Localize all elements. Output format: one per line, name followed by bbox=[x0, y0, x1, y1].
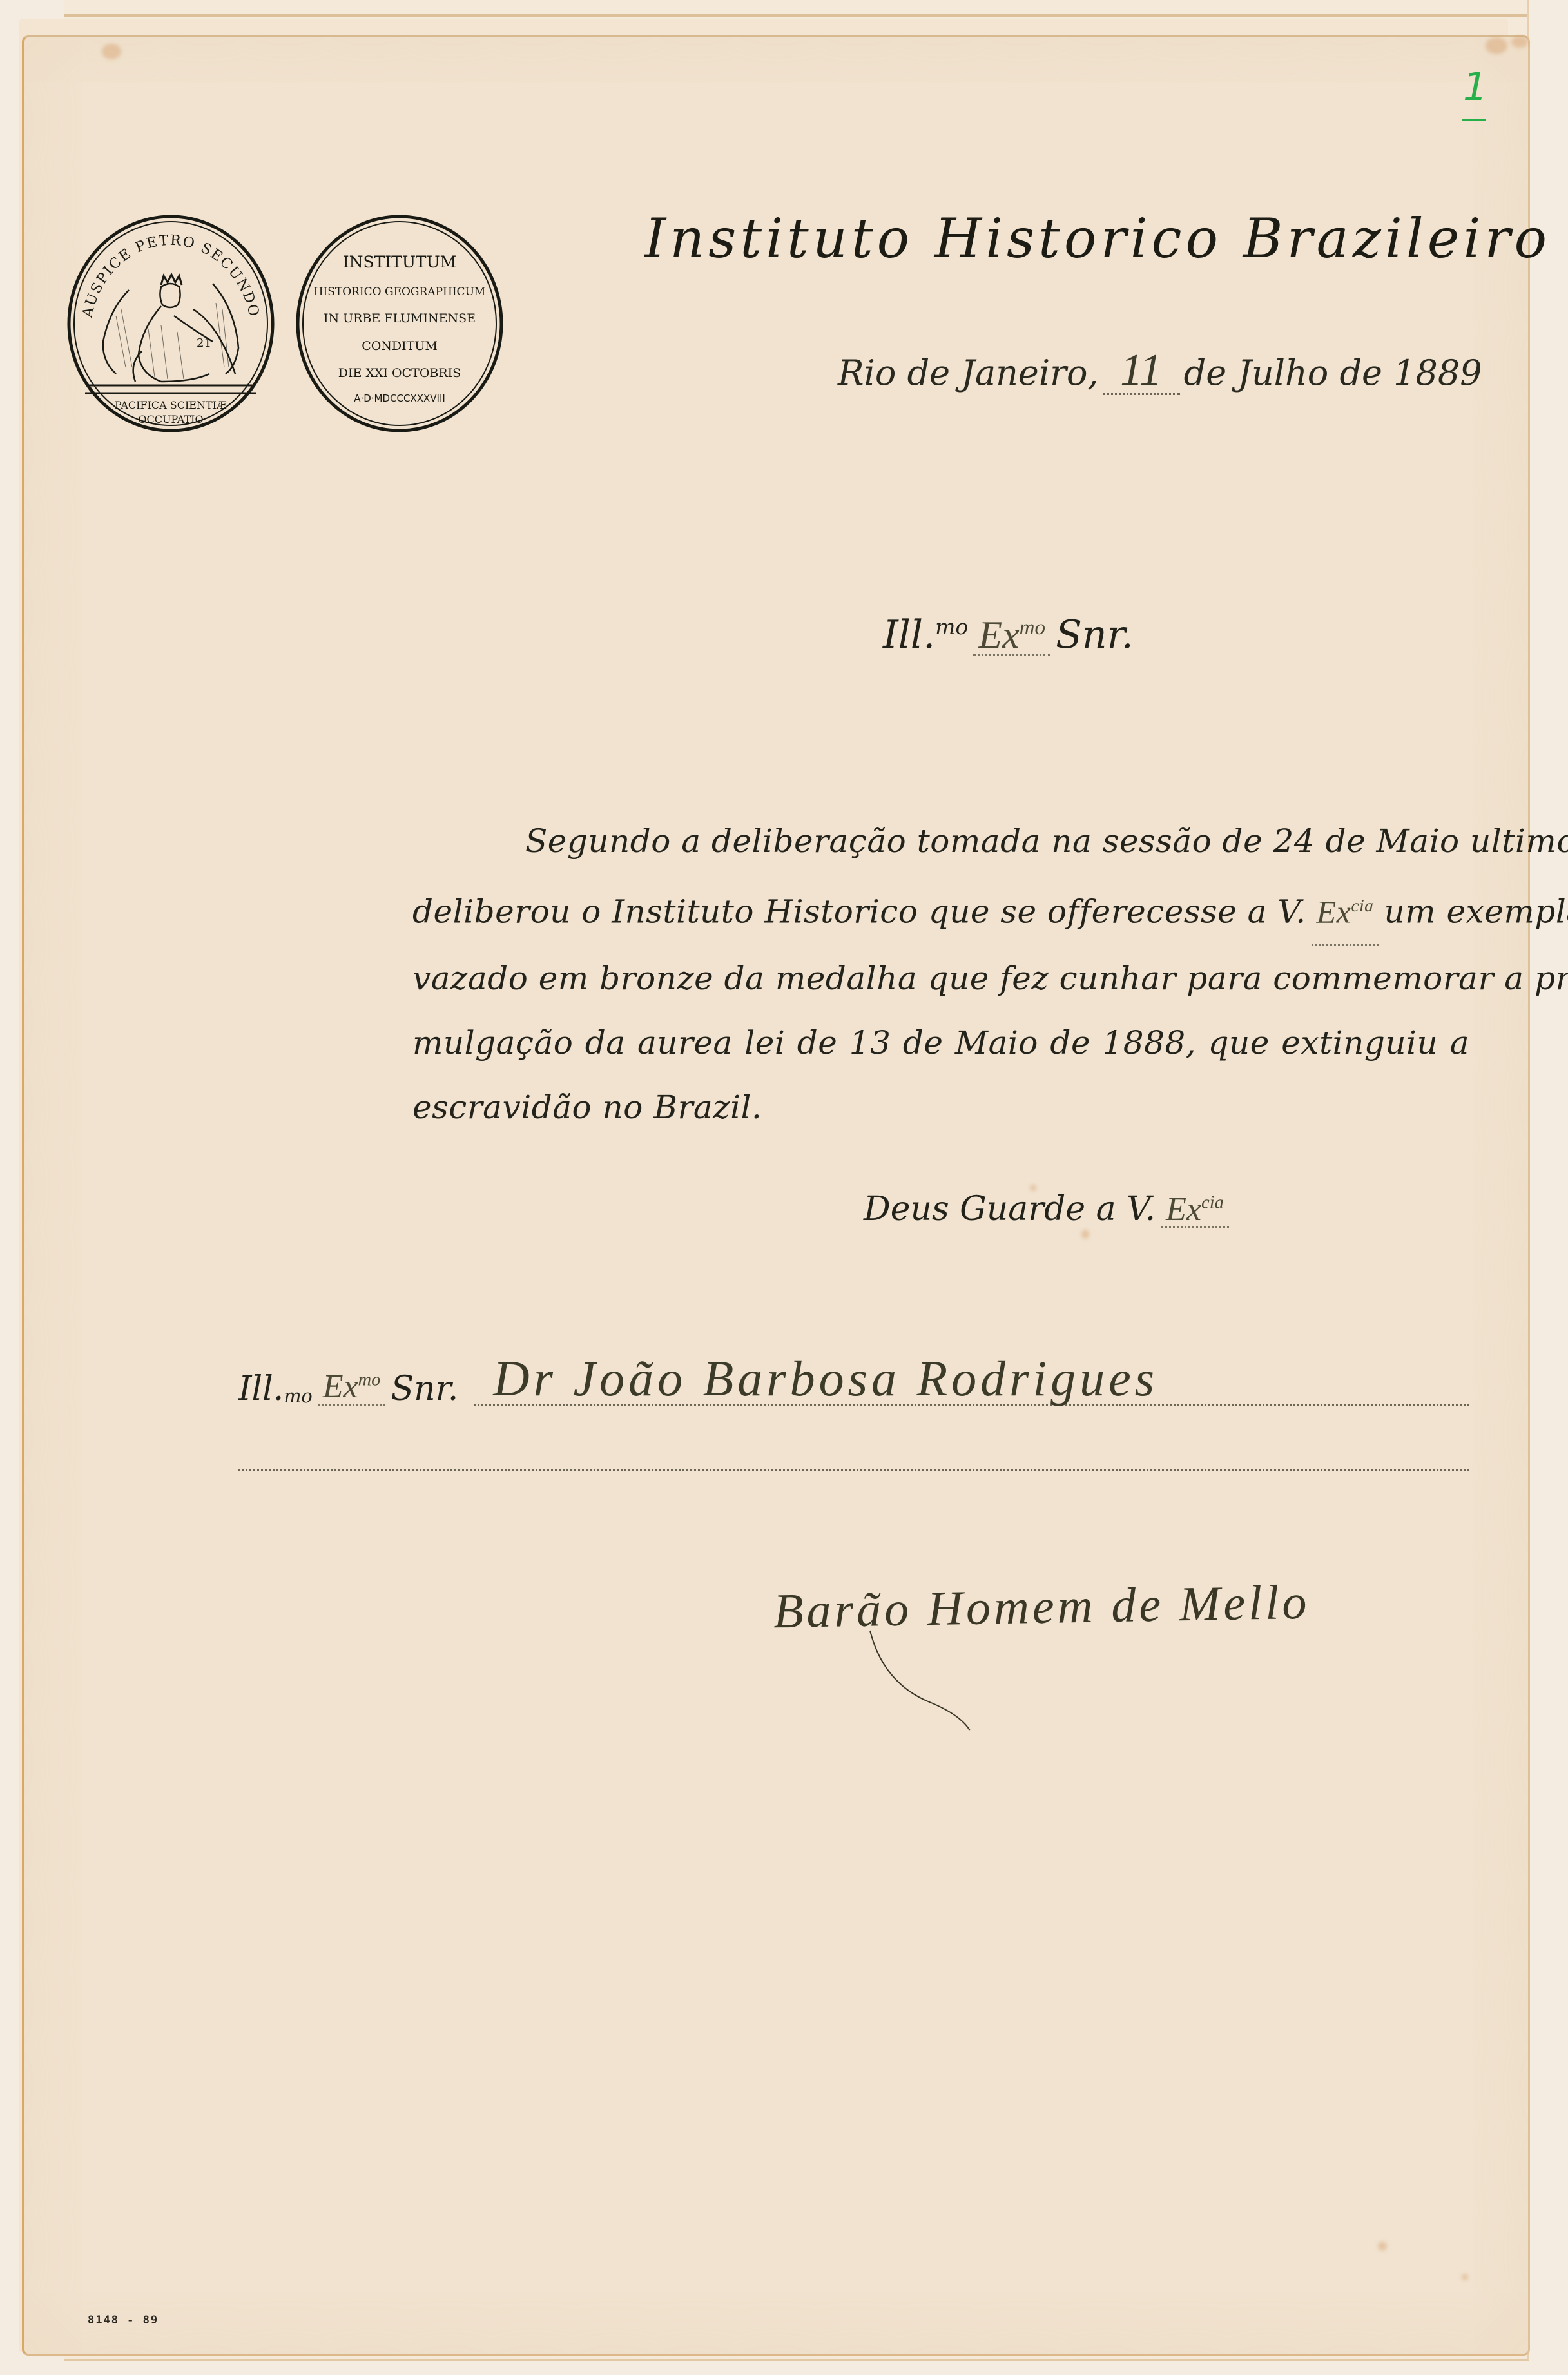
body-line-2-suffix: um exemplar bbox=[1384, 893, 1568, 931]
body-line-2-text: deliberou o Instituto Historico que se o… bbox=[412, 893, 1306, 931]
addressee-prefix-sup: mo bbox=[284, 1387, 312, 1406]
addressee-line: Ill.moExmoSnr. Dr João Barbosa Rodrigues bbox=[238, 1353, 1469, 1406]
closing-handwritten-sup: cia bbox=[1201, 1193, 1224, 1213]
svg-text:PACIFICA SCIENTIÆ: PACIFICA SCIENTIÆ bbox=[115, 399, 227, 411]
mounting-sheet-edge bbox=[64, 14, 1527, 17]
body-line-2: deliberou o Instituto Historico que se o… bbox=[412, 873, 1469, 946]
addressee-prefix: Ill. bbox=[238, 1372, 284, 1406]
addressee-title-sup: mo bbox=[358, 1370, 381, 1390]
svg-text:21: 21 bbox=[197, 336, 211, 350]
closing-handwritten-text: Ex bbox=[1166, 1191, 1201, 1228]
salutation: Ill.moExmoSnr. bbox=[883, 616, 1134, 656]
svg-text:A·D·MDCCCXXXVIII: A·D·MDCCCXXXVIII bbox=[354, 393, 445, 404]
addressee-name: Dr João Barbosa Rodrigues bbox=[474, 1353, 1469, 1406]
body-line-2-handwritten: Excia bbox=[1312, 873, 1379, 946]
closing-text: Deus Guarde a V. bbox=[864, 1190, 1156, 1228]
svg-text:DIE XXI OCTOBRIS: DIE XXI OCTOBRIS bbox=[338, 366, 461, 380]
body-handwritten-text: Ex bbox=[1317, 894, 1351, 930]
signature-flourish-icon bbox=[857, 1592, 1115, 1734]
dotted-rule bbox=[238, 1469, 1469, 1471]
paper-stain bbox=[102, 44, 121, 59]
salutation-prefix-sup: mo bbox=[935, 614, 968, 639]
salutation-title-text: Ex bbox=[978, 614, 1019, 656]
letterhead-title: Instituto Historico Brazileiro bbox=[644, 206, 1482, 271]
paper-stain bbox=[1462, 2274, 1468, 2280]
folio-number: 1 bbox=[1463, 68, 1487, 106]
svg-text:HISTORICO GEOGRAPHICUM: HISTORICO GEOGRAPHICUM bbox=[314, 286, 486, 298]
paper-stain bbox=[1511, 36, 1528, 48]
paper-stain bbox=[1486, 37, 1507, 54]
archive-reference: 8148 - 89 bbox=[88, 2314, 159, 2327]
salutation-handwritten-title: Exmo bbox=[973, 616, 1050, 656]
body-handwritten-sup: cia bbox=[1351, 895, 1373, 915]
body-line-3: vazado em bronze da medalha que fez cunh… bbox=[412, 946, 1469, 1011]
svg-text:OCCUPATIO: OCCUPATIO bbox=[138, 413, 203, 425]
medal-reverse: INSTITUTUM HISTORICO GEOGRAPHICUM IN URB… bbox=[293, 213, 506, 435]
dateline: Rio de Janeiro,11de Julho de 1889 bbox=[838, 348, 1489, 395]
body-line-5: escravidão no Brazil. bbox=[412, 1075, 1469, 1139]
dateline-place: Rio de Janeiro, bbox=[838, 353, 1099, 393]
salutation-suffix: Snr. bbox=[1056, 612, 1134, 657]
medal-obverse: AUSPICE PETRO SECUNDO 21 PACIFICA SCIENT… bbox=[64, 213, 277, 435]
medal-reverse-icon: INSTITUTUM HISTORICO GEOGRAPHICUM IN URB… bbox=[293, 213, 506, 435]
addressee-title-text: Ex bbox=[323, 1368, 358, 1405]
paper-stain bbox=[1378, 2242, 1387, 2251]
dateline-day: 11 bbox=[1103, 348, 1180, 395]
body-line-1: Segundo a deliberação tomada na sessão d… bbox=[412, 809, 1469, 873]
folio-underline bbox=[1462, 119, 1486, 121]
closing-handwritten: Excia bbox=[1161, 1193, 1229, 1228]
salutation-title-sup: mo bbox=[1020, 616, 1045, 639]
addressee-snr: Snr. bbox=[391, 1372, 458, 1406]
letter-body: Segundo a deliberação tomada na sessão d… bbox=[412, 809, 1469, 1139]
dateline-month-year: de Julho de 1889 bbox=[1184, 353, 1482, 393]
body-line-4: mulgação da aurea lei de 13 de Maio de 1… bbox=[412, 1011, 1469, 1075]
salutation-prefix: Ill. bbox=[883, 612, 935, 657]
addressee-handwritten-title: Exmo bbox=[318, 1370, 386, 1406]
closing-formula: Deus Guarde a V.Excia bbox=[864, 1192, 1234, 1228]
svg-text:IN URBE FLUMINENSE: IN URBE FLUMINENSE bbox=[324, 311, 476, 325]
paper-stain bbox=[1081, 1230, 1089, 1239]
svg-text:CONDITUM: CONDITUM bbox=[362, 339, 438, 353]
medal-obverse-icon: AUSPICE PETRO SECUNDO 21 PACIFICA SCIENT… bbox=[64, 213, 277, 435]
svg-text:INSTITUTUM: INSTITUTUM bbox=[343, 253, 457, 271]
